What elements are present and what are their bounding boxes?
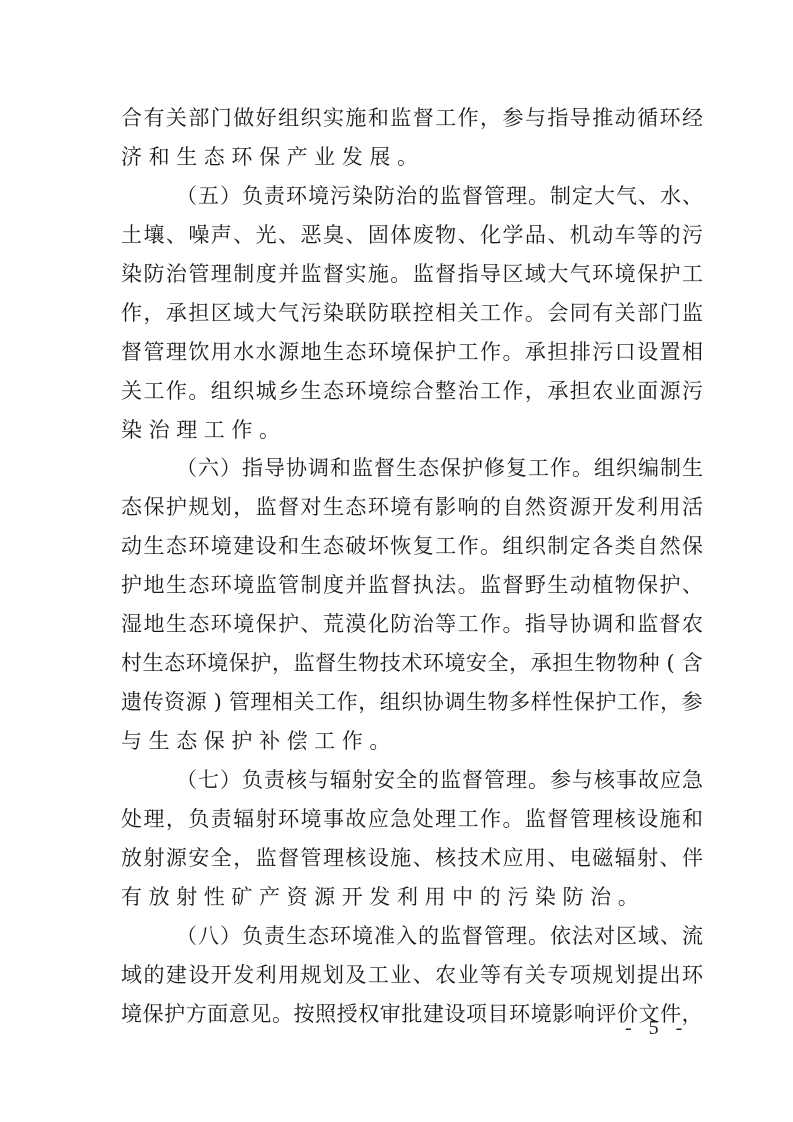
text-line: 遗传资源)管理相关工作，组织协调生物多样性保护工作，参 [121,683,703,722]
text-line: 护地生态环境监管制度并监督执法。监督野生动植物保护、 [121,566,703,605]
body-text: 合有关部门做好组织实施和监督工作，参与指导推动循环经济和生态环保产业发展。（五）… [121,99,703,1034]
text-line: 督管理饮用水水源地生态环境保护工作。承担排污口设置相 [121,333,703,372]
text-line: （五）负责环境污染防治的监督管理。制定大气、水、 [121,177,703,216]
text-line: 域的建设开发利用规划及工业、农业等有关专项规划提出环 [121,956,703,995]
text-line: 合有关部门做好组织实施和监督工作，参与指导推动循环经 [121,99,703,138]
page-number: - 5 - [625,1017,688,1040]
text-line: 境保护方面意见。按照授权审批建设项目环境影响评价文件， [121,995,703,1034]
text-line: 村生态环境保护，监督生物技术环境安全，承担生物物种(含 [121,644,703,683]
text-line: 作，承担区域大气污染联防联控相关工作。会同有关部门监 [121,294,703,333]
document-page: 合有关部门做好组织实施和监督工作，参与指导推动循环经济和生态环保产业发展。（五）… [0,0,793,1122]
text-line: （七）负责核与辐射安全的监督管理。参与核事故应急 [121,761,703,800]
text-line: 有放射性矿产资源开发利用中的污染防治。 [121,878,703,917]
text-line: 关工作。组织城乡生态环境综合整治工作，承担农业面源污 [121,372,703,411]
text-line: （六）指导协调和监督生态保护修复工作。组织编制生 [121,449,703,488]
text-line: 染防治管理制度并监督实施。监督指导区域大气环境保护工 [121,255,703,294]
text-line: 处理，负责辐射环境事故应急处理工作。监督管理核设施和 [121,800,703,839]
text-line: 放射源安全，监督管理核设施、核技术应用、电磁辐射、伴 [121,839,703,878]
text-line: 济和生态环保产业发展。 [121,138,703,177]
text-line: （八）负责生态环境准入的监督管理。依法对区域、流 [121,917,703,956]
text-line: 动生态环境建设和生态破坏恢复工作。组织制定各类自然保 [121,527,703,566]
text-line: 与生态保护补偿工作。 [121,722,703,761]
text-line: 态保护规划，监督对生态环境有影响的自然资源开发利用活 [121,488,703,527]
text-line: 土壤、噪声、光、恶臭、固体废物、化学品、机动车等的污 [121,216,703,255]
text-line: 湿地生态环境保护、荒漠化防治等工作。指导协调和监督农 [121,605,703,644]
text-line: 染治理工作。 [121,411,703,450]
